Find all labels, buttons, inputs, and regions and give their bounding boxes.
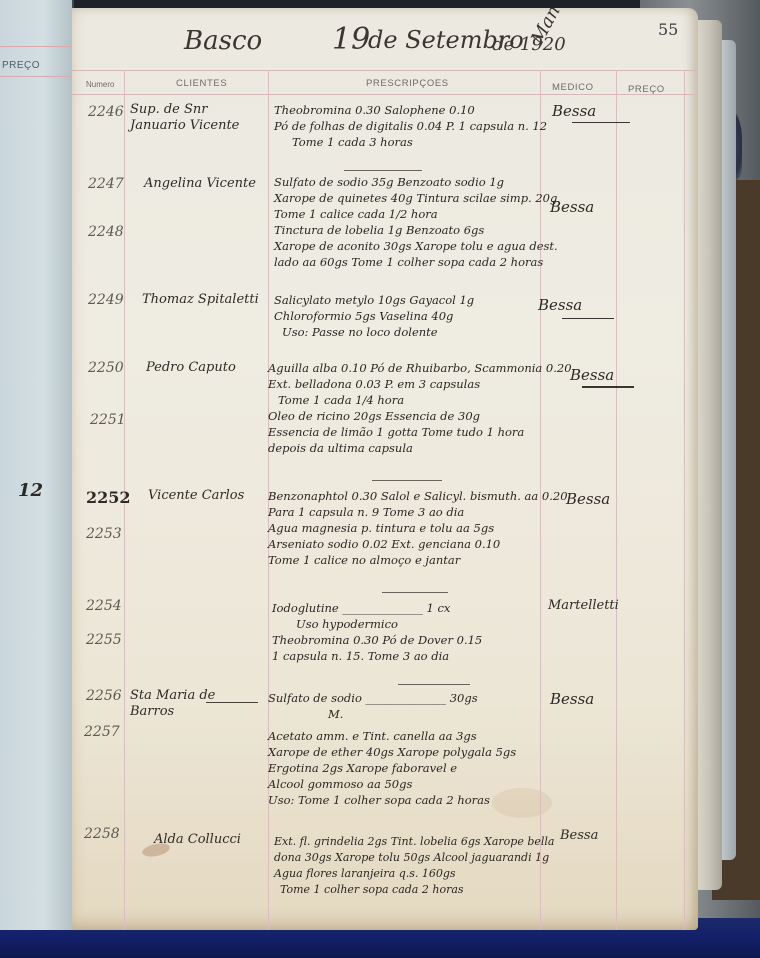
prescription-line: M. [268,706,516,722]
entry-separator [372,480,442,481]
column-header-clientes: CLIENTES [176,78,227,89]
column-header-numero: Numero [86,80,114,89]
entry-medico: Bessa [550,198,594,216]
entry-client: Vicente Carlos [148,488,244,504]
entry-number: 2255 [86,632,122,648]
entry-number: 2256 [86,688,122,704]
prescription-line: Sulfato de sodio 35g Benzoato sodio 1g [274,174,558,190]
entry-medico: Bessa [570,366,614,384]
prescription-line: Ext. fl. grindelia 2gs Tint. lobelia 6gs… [274,834,554,850]
column-header-prescripcoes: PRESCRIPÇOES [366,78,449,89]
entry-prescription: Theobromina 0.30 Salophene 0.10 Pó de fo… [274,102,547,150]
left-page-margin-mark: 12 [18,480,43,501]
prescription-line: depois da ultima capsula [268,440,572,456]
prescription-line: Tome 1 calice no almoço e jantar [268,552,568,568]
prescription-line: Ext. belladona 0.03 P. em 3 capsulas [268,376,572,392]
entry-prescription: Salicylato metylo 10gs Gayacol 1g Chloro… [274,292,474,340]
entry-number: 2251 [90,412,126,428]
prescription-line: Xarope de aconito 30gs Xarope tolu e agu… [274,238,558,254]
entry-separator [382,592,448,593]
header-rule-bottom [72,94,698,95]
column-rule [684,70,685,930]
prescription-line: Ergotina 2gs Xarope faboravel e [268,760,516,776]
medico-flourish [572,122,630,123]
prescription-line: 1 capsula n. 15. Tome 3 ao dia [272,648,482,664]
page-number: 55 [658,20,678,39]
prescription-line: Chloroformio 5gs Vaselina 40g [274,308,474,324]
prescription-line: Iodoglutine ______________ 1 cx [272,600,482,616]
prescription-line: Essencia de limão 1 gotta Tome tudo 1 ho… [268,424,572,440]
entry-number: 2258 [84,826,120,842]
prescription-line: dona 30gs Xarope tolu 50gs Alcool jaguar… [274,850,554,866]
entry-client: Sup. de Snr Januario Vicente [130,102,239,134]
entry-prescription: Benzonaphtol 0.30 Salol e Salicyl. bismu… [268,488,568,568]
heading-place: Basco [184,26,262,56]
prescription-line: Benzonaphtol 0.30 Salol e Salicyl. bismu… [268,488,568,504]
entry-client: Thomaz Spitaletti [142,292,259,308]
entry-medico: Bessa [550,690,594,708]
prescription-line: Xarope de quinetes 40g Tintura scilae si… [274,190,558,206]
entry-number: 2246 [88,104,124,120]
left-facing-page: PREÇO 12 [0,0,74,930]
entry-number: 2252 [86,488,131,507]
entry-separator [398,684,470,685]
entry-number: 2249 [88,292,124,308]
entry-prescription: Sulfato de sodio 35g Benzoato sodio 1g X… [274,174,558,270]
prescription-line: Agua magnesia p. tintura e tolu aa 5gs [268,520,568,536]
prescription-line: Xarope de ether 40gs Xarope polygala 5gs [268,744,516,760]
left-page-rule [0,46,72,47]
prescription-line: Oleo de ricino 20gs Essencia de 30g [268,408,572,424]
entry-medico: Bessa [560,828,598,843]
entry-prescription: Ext. fl. grindelia 2gs Tint. lobelia 6gs… [274,834,554,898]
entry-number: 2248 [88,224,124,240]
page-edge [698,20,722,890]
entry-prescription: Iodoglutine ______________ 1 cx Uso hypo… [272,600,482,664]
entry-client: Pedro Caputo [146,360,236,376]
page-stack-edge [722,40,736,860]
prescription-line: Pó de folhas de digitalis 0.04 P. 1 caps… [274,118,547,134]
ledger-page: 55 Basco 19 de Setembro de 1920 Mano Num… [72,8,698,930]
entry-number: 2247 [88,176,124,192]
prescription-line: Acetato amm. e Tint. canella aa 3gs [268,728,516,744]
prescription-line: Theobromina 0.30 Pó de Dover 0.15 [272,632,482,648]
prescription-line: Tinctura de lobelia 1g Benzoato 6gs [274,222,558,238]
prescription-line: Alcool gommoso aa 50gs [268,776,516,792]
left-page-preco-header: PREÇO [2,60,40,71]
entry-client: Sta Maria de Barros [130,688,215,720]
prescription-line: Theobromina 0.30 Salophene 0.10 [274,102,547,118]
prescription-line: Aguilla alba 0.10 Pó de Rhuibarbo, Scamm… [268,360,572,376]
entry-prescription: Aguilla alba 0.10 Pó de Rhuibarbo, Scamm… [268,360,572,456]
medico-flourish [562,318,614,319]
prescription-line: Salicylato metylo 10gs Gayacol 1g [274,292,474,308]
client-underline [206,702,258,703]
column-rule [616,70,617,930]
entry-medico: Bessa [538,296,582,314]
prescription-line: lado aa 60gs Tome 1 colher sopa cada 2 h… [274,254,558,270]
heading-day: 19 [332,22,370,57]
prescription-line: Tome 1 colher sopa cada 2 horas [274,882,554,898]
entry-medico: Bessa [566,490,610,508]
prescription-line: Agua flores laranjeira q.s. 160gs [274,866,554,882]
entry-number: 2254 [86,598,122,614]
entry-medico: Martelletti [548,598,619,613]
entry-separator [344,170,422,171]
prescription-line: Tome 1 cada 3 horas [274,134,547,150]
entry-number: 2257 [84,724,120,740]
entry-prescription: Sulfato de sodio ______________ 30gs M. … [268,690,516,808]
prescription-line: Para 1 capsula n. 9 Tome 3 ao dia [268,504,568,520]
entry-number: 2253 [86,526,122,542]
column-header-preco: PREÇO [628,84,665,95]
medico-flourish [582,386,634,388]
entry-client: Alda Collucci [154,832,241,848]
prescription-line: Uso: Tome 1 colher sopa cada 2 horas [268,792,516,808]
entry-medico: Bessa [552,102,596,120]
column-header-medico: MEDICO [552,82,594,93]
prescription-line: Sulfato de sodio ______________ 30gs [268,690,516,706]
prescription-line: Uso: Passe no loco dolente [274,324,474,340]
entry-client: Angelina Vicente [144,176,256,192]
header-rule-top [72,70,698,71]
prescription-line: Uso hypodermico [272,616,482,632]
left-page-rule [0,76,72,77]
entry-number: 2250 [88,360,124,376]
prescription-line: Tome 1 cada 1/4 hora [268,392,572,408]
prescription-line: Arseniato sodio 0.02 Ext. genciana 0.10 [268,536,568,552]
prescription-line: Tome 1 calice cada 1/2 hora [274,206,558,222]
page-heading: Basco 19 de Setembro de 1920 [172,20,592,70]
